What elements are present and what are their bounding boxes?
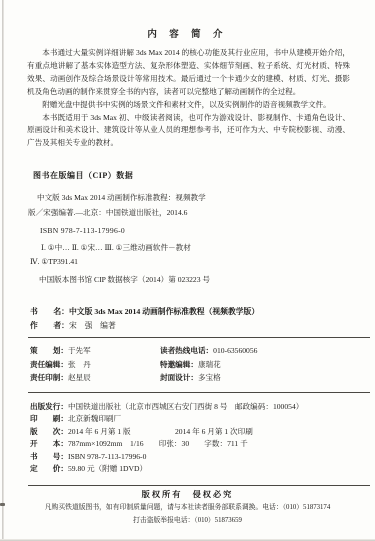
book-title-row: 书 名：中文版 3ds Max 2014 动画制作标准教程（视频教学版） [30, 305, 363, 319]
staff-cover-designer: 封面设计：多宝格 [160, 371, 365, 385]
cip-title-line: 中文版 3ds Max 2014 动画制作标准教程：视频教学 [28, 191, 355, 204]
staff-row-3: 责任印制：赵星辰 封面设计：多宝格 [30, 371, 365, 385]
divider-rule-3 [28, 485, 370, 486]
staff-row-1: 策 划：于先军 读者热线电话：010-63560056 [30, 344, 365, 358]
intro-section: 本书通过大量实例详细讲解 3ds Max 2014 的核心功能及其行业应用，书中… [27, 47, 350, 150]
divider-rule-1 [28, 337, 370, 338]
staff-section: 策 划：于先军 读者热线电话：010-63560056 责任编辑：张 丹 特邀编… [30, 344, 365, 385]
staff-print-supervisor: 责任印制：赵星辰 [30, 371, 160, 385]
cip-isbn-line: ISBN 978-7-113-17996-0 [28, 224, 355, 237]
staff-planner: 策 划：于先军 [30, 344, 160, 358]
book-author-label: 作 者： [30, 321, 69, 330]
book-author-value: 宋 强 编著 [69, 321, 116, 330]
intro-paragraph-2: 附赠光盘中提供书中实例的场景文件和素材文件，以及实例制作的语音视频教学文件。 [27, 99, 350, 112]
intro-title: 内 容 简 介 [0, 26, 375, 40]
cip-class-line-1: Ⅰ. ①中… Ⅱ. ①宋… Ⅲ. ①三维动画软件－教材 [28, 241, 355, 254]
printer-row: 印 刷：北京新魏印刷厂 [30, 413, 367, 425]
intro-paragraph-1: 本书通过大量实例详细讲解 3ds Max 2014 的核心功能及其行业应用，书中… [27, 47, 350, 99]
cip-record-line: 中国版本图书馆 CIP 数据核字（2014）第 023223 号 [28, 273, 355, 286]
cip-author-line: 版／宋强编著.—北京：中国铁道出版社，2014.6 [28, 206, 355, 219]
cip-heading: 图书在版编目（CIP）数据 [33, 170, 133, 181]
edition-row: 版 次：2014 年 6 月第 1 版 2014 年 6 月第 1 次印刷 [30, 426, 367, 438]
copyright-notice: 版权所有 侵权必究 [0, 489, 375, 500]
piracy-report-line: 打击盗版举报电话：（010）51873659 [10, 514, 365, 524]
intro-paragraph-3: 本书既适用于 3ds Max 初、中级读者阅读，也可作为游戏设计、影视制作、卡通… [27, 112, 350, 151]
scan-artifact-mark [0, 503, 5, 506]
printing-run: 2014 年 6 月第 1 次印刷 [175, 426, 253, 438]
book-info-section: 书 名：中文版 3ds Max 2014 动画制作标准教程（视频教学版） 作 者… [30, 305, 363, 332]
quality-contact-line: 凡购买铁道版图书，如有印制质量问题，请与本社读者服务部联系调换。电话：（010）… [10, 501, 365, 511]
format-row: 开 本：787mm×1092mm 1/16 印张：30 字数：711 千 [30, 438, 367, 450]
staff-hotline: 读者热线电话：010-63560056 [160, 344, 365, 358]
postal-code: 邮政编码：100054） [235, 401, 303, 413]
book-title-label: 书 名： [30, 307, 69, 316]
staff-guest-editor: 特邀编辑：康瑞花 [160, 358, 365, 372]
publisher-row: 出版发行：中国铁道出版社（北京市西城区右安门西街 8 号 邮政编码：100054… [30, 401, 367, 413]
price-row: 定 价：59.80 元（附赠 1DVD） [30, 463, 367, 475]
divider-rule-2 [28, 392, 370, 393]
staff-editor: 责任编辑：张 丹 [30, 358, 160, 372]
book-author-row: 作 者：宋 强 编著 [30, 319, 363, 333]
publication-section: 出版发行：中国铁道出版社（北京市西城区右安门西街 8 号 邮政编码：100054… [30, 401, 367, 475]
scan-edge-line [2, 0, 4, 541]
cip-section: 中文版 3ds Max 2014 动画制作标准教程：视频教学 版／宋强编著.—北… [28, 191, 355, 286]
cip-class-line-2: Ⅳ. ①TP391.41 [28, 255, 355, 268]
isbn-row: 书 号：ISBN 978-7-113-17996-0 [30, 451, 367, 463]
staff-row-2: 责任编辑：张 丹 特邀编辑：康瑞花 [30, 358, 365, 372]
book-title-value: 中文版 3ds Max 2014 动画制作标准教程（视频教学版） [69, 307, 259, 316]
copyright-page: 内 容 简 介 本书通过大量实例详细讲解 3ds Max 2014 的核心功能及… [0, 0, 375, 541]
